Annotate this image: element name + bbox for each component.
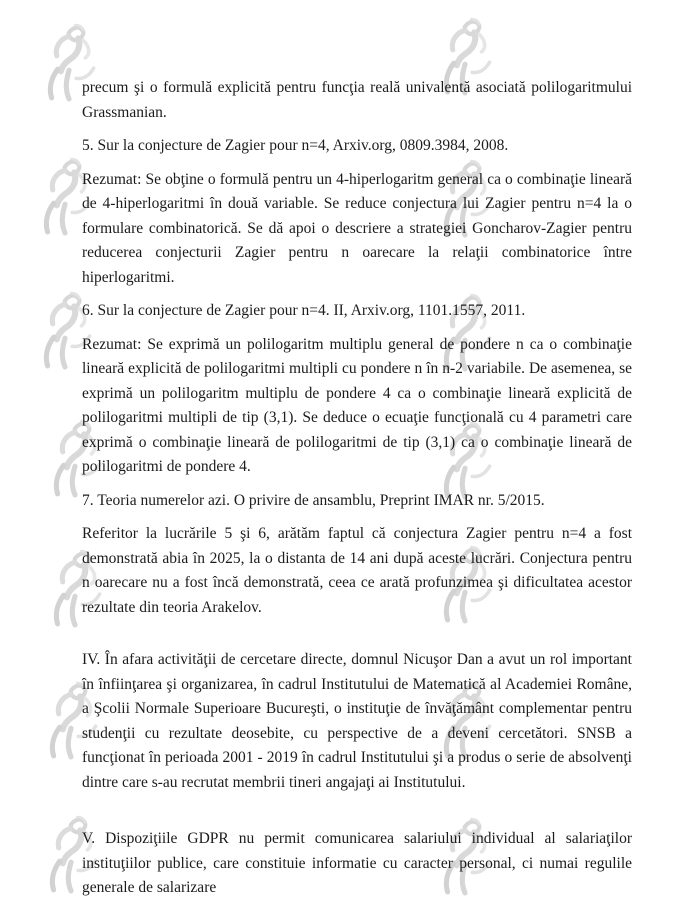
reference-5-title: 5. Sur la conjecture de Zagier pour n=4,… (82, 134, 632, 159)
section-iv-paragraph: IV. În afara activităţii de cercetare di… (82, 648, 632, 795)
reference-7-note: Referitor la lucrările 5 şi 6, arătăm fa… (82, 522, 632, 620)
reference-6-title: 6. Sur la conjecture de Zagier pour n=4.… (82, 299, 632, 324)
document-text-block: precum şi o formulă explicită pentru fun… (82, 76, 632, 906)
reference-5-abstract: Rezumat: Se obţine o formulă pentru un 4… (82, 168, 632, 291)
reference-7-title: 7. Teoria numerelor azi. O privire de an… (82, 489, 632, 514)
reference-6-abstract: Rezumat: Se exprimă un polilogaritm mult… (82, 333, 632, 480)
continuation-paragraph: precum şi o formulă explicită pentru fun… (82, 76, 632, 125)
section-v-paragraph: V. Dispoziţiile GDPR nu permit comunicar… (82, 827, 632, 901)
